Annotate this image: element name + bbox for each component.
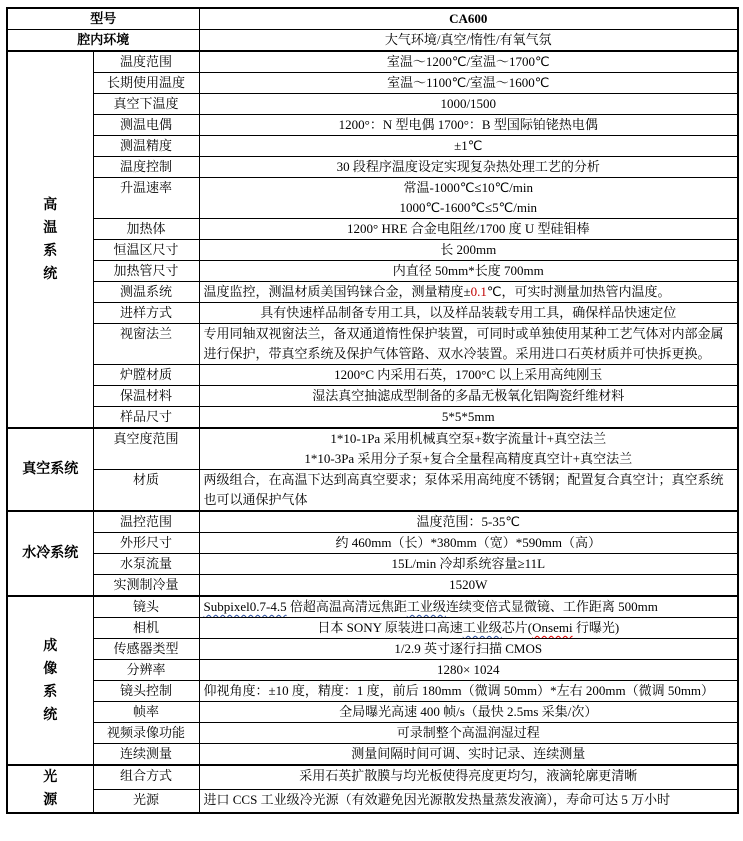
section-label-char: 高: [8, 194, 93, 217]
spec-value-cell: 1200° HRE 合金电阻丝/1700 度 U 型硅钼棒: [199, 219, 738, 240]
value-part: 行曝光): [573, 620, 620, 635]
table-row: 进样方式具有快速样品制备专用工具，以及样品装载专用工具，确保样品快速定位: [7, 303, 738, 324]
table-row: 水冷系统温控范围温度范围：5-35℃: [7, 511, 738, 533]
spec-value-cell: 1000/1500: [199, 94, 738, 115]
spec-value-cell: 1280× 1024: [199, 660, 738, 681]
spec-value-cell: 湿法真空抽滤成型制备的多晶无极氧化铝陶瓷纤维材料: [199, 386, 738, 407]
table-row: 相机日本 SONY 原装进口高速工业级芯片(Onsemi 行曝光): [7, 618, 738, 639]
table-row: 真空下温度1000/1500: [7, 94, 738, 115]
value-part: ℃，可实时测量加热管内温度。: [487, 284, 671, 299]
table-row: 外形尺寸约 460mm（长）*380mm（宽）*590mm（高）: [7, 533, 738, 554]
table-row: 恒温区尺寸长 200mm: [7, 240, 738, 261]
table-row: 材质两级组合，在高温下达到高真空要求；泵体采用高纯度不锈钢；配置复合真空计；真空…: [7, 470, 738, 512]
table-row: 炉膛材质1200°C 内采用石英，1700°C 以上采用高纯刚玉: [7, 365, 738, 386]
spec-value-cell: 室温～1200℃/室温～1700℃: [199, 51, 738, 73]
property-label-cell: 镜头控制: [93, 681, 199, 702]
table-row: 镜头控制仰视角度：±10 度，精度：1 度，前后 180mm（微调 50mm）*…: [7, 681, 738, 702]
property-label-cell: 测温系统: [93, 282, 199, 303]
value-part-blue: 工业级: [407, 599, 446, 614]
value-part: 倍超高温高清远焦距: [287, 599, 407, 614]
table-row: 高温系统温度范围室温～1200℃/室温～1700℃: [7, 51, 738, 73]
spec-value-cell: 1520W: [199, 575, 738, 597]
property-label-cell: 测温电偶: [93, 115, 199, 136]
spec-value-cell: 5*5*5mm: [199, 407, 738, 429]
table-row: 真空系统真空度范围1*10-1Pa 采用机械真空泵+数字流量计+真空法兰1*10…: [7, 428, 738, 470]
table-row: 保温材料湿法真空抽滤成型制备的多晶无极氧化铝陶瓷纤维材料: [7, 386, 738, 407]
table-row: 光源组合方式采用石英扩散膜与均光板使得亮度更均匀，液滴轮廓更清晰: [7, 765, 738, 789]
spec-value-cell: CA600: [199, 8, 738, 30]
property-label-cell: 炉膛材质: [93, 365, 199, 386]
section-label-char: 成: [8, 635, 93, 658]
value-line: 1000℃-1600℃≤5℃/min: [202, 198, 735, 218]
value-part: 芯片(: [502, 620, 532, 635]
table-row: 连续测量测量间隔时间可调、实时记录、连续测量: [7, 744, 738, 766]
property-label-cell: 分辨率: [93, 660, 199, 681]
value-part: 连续变倍式显微镜、工作距离 500mm: [446, 599, 658, 614]
property-label-cell: 材质: [93, 470, 199, 512]
property-label-cell: 水泵流量: [93, 554, 199, 575]
table-row: 光源进口 CCS 工业级冷光源（有效避免因光源散发热量蒸发液滴），寿命可达 5 …: [7, 789, 738, 813]
property-label-cell: 升温速率: [93, 178, 199, 219]
value-part: 日本 SONY 原装进口高速: [317, 620, 462, 635]
property-label-cell: 外形尺寸: [93, 533, 199, 554]
spec-value-cell: 两级组合，在高温下达到高真空要求；泵体采用高纯度不锈钢；配置复合真空计；真空系统…: [199, 470, 738, 512]
property-label-cell: 加热体: [93, 219, 199, 240]
spec-value-cell: 温度范围：5-35℃: [199, 511, 738, 533]
property-label-cell: 进样方式: [93, 303, 199, 324]
spec-value-cell: 长 200mm: [199, 240, 738, 261]
spec-value-cell: 15L/min 冷却系统容量≥11L: [199, 554, 738, 575]
spec-value-cell: 内直径 50mm*长度 700mm: [199, 261, 738, 282]
section-label-char: 统: [8, 704, 93, 727]
table-row: 加热体1200° HRE 合金电阻丝/1700 度 U 型硅钼棒: [7, 219, 738, 240]
property-label-cell: 保温材料: [93, 386, 199, 407]
section-label-cell: 水冷系统: [7, 511, 93, 596]
property-label-cell: 温度控制: [93, 157, 199, 178]
table-row: 水泵流量15L/min 冷却系统容量≥11L: [7, 554, 738, 575]
section-label-cell: 成像系统: [7, 596, 93, 765]
section-label-cell: 高温系统: [7, 51, 93, 428]
spec-value-cell: 1200°：N 型电偶 1700°：B 型国际铂铑热电偶: [199, 115, 738, 136]
spec-value-cell: 可录制整个高温润湿过程: [199, 723, 738, 744]
table-row: 升温速率常温-1000℃≤10℃/min1000℃-1600℃≤5℃/min: [7, 178, 738, 219]
property-label-cell: 真空度范围: [93, 428, 199, 470]
spec-value-cell: 仰视角度：±10 度，精度：1 度，前后 180mm（微调 50mm）*左右 2…: [199, 681, 738, 702]
section-label-char: 统: [8, 263, 93, 286]
value-line: 1*10-1Pa 采用机械真空泵+数字流量计+真空法兰: [202, 429, 735, 449]
table-row: 腔内环境大气环境/真空/惰性/有氧气氛: [7, 30, 738, 52]
table-row: 成像系统镜头Subpixel0.7-4.5 倍超高温高清远焦距工业级连续变倍式显…: [7, 596, 738, 618]
property-label-cell: 加热管尺寸: [93, 261, 199, 282]
value-part-blue: 工业级: [463, 620, 502, 635]
spec-value-cell: 温度监控，测温材质美国钨铼合金，测量精度±0.1℃，可实时测量加热管内温度。: [199, 282, 738, 303]
spec-value-cell: 测量间隔时间可调、实时记录、连续测量: [199, 744, 738, 766]
property-label-cell: 长期使用温度: [93, 73, 199, 94]
section-label-char: 光: [8, 766, 93, 789]
value-part-redtext: 0.1: [471, 284, 487, 299]
spec-value-cell: 30 段程序温度设定实现复杂热处理工艺的分析: [199, 157, 738, 178]
table-row: 帧率全局曝光高速 400 帧/s（最快 2.5ms 采集/次）: [7, 702, 738, 723]
table-row: 加热管尺寸内直径 50mm*长度 700mm: [7, 261, 738, 282]
spec-value-cell: 1/2.9 英寸逐行扫描 CMOS: [199, 639, 738, 660]
property-label-cell: 恒温区尺寸: [93, 240, 199, 261]
spec-value-cell: 大气环境/真空/惰性/有氧气氛: [199, 30, 738, 52]
value-part-blue: Subpixel0.7-4.5: [204, 599, 287, 614]
value-part-red: Onsemi: [532, 620, 572, 635]
header-label-cell: 腔内环境: [7, 30, 199, 52]
value-line: 1*10-3Pa 采用分子泵+复合全量程高精度真空计+真空法兰: [202, 449, 735, 469]
section-label-cell: 光源: [7, 765, 93, 813]
spec-value-cell: 约 460mm（长）*380mm（宽）*590mm（高）: [199, 533, 738, 554]
table-row: 分辨率1280× 1024: [7, 660, 738, 681]
table-row: 温度控制30 段程序温度设定实现复杂热处理工艺的分析: [7, 157, 738, 178]
property-label-cell: 真空下温度: [93, 94, 199, 115]
section-label-char: 系: [8, 681, 93, 704]
property-label-cell: 视频录像功能: [93, 723, 199, 744]
header-label-cell: 型号: [7, 8, 199, 30]
spec-value-cell: Subpixel0.7-4.5 倍超高温高清远焦距工业级连续变倍式显微镜、工作距…: [199, 596, 738, 618]
property-label-cell: 组合方式: [93, 765, 199, 789]
section-label-char: 系: [8, 240, 93, 263]
value-line: 常温-1000℃≤10℃/min: [202, 178, 735, 198]
table-row: 传感器类型1/2.9 英寸逐行扫描 CMOS: [7, 639, 738, 660]
section-label-char: 源: [8, 789, 93, 812]
spec-value-cell: 专用同轴双视窗法兰，备双通道惰性保护装置，可同时或单独使用某种工艺气体对内部金属…: [199, 324, 738, 365]
section-label-char: 像: [8, 658, 93, 681]
table-row: 长期使用温度室温～1100℃/室温～1600℃: [7, 73, 738, 94]
table-row: 测温电偶1200°：N 型电偶 1700°：B 型国际铂铑热电偶: [7, 115, 738, 136]
value-part: 温度监控，测温材质美国钨铼合金，测量精度±: [204, 284, 471, 299]
table-row: 实测制冷量1520W: [7, 575, 738, 597]
spec-table: 型号CA600腔内环境大气环境/真空/惰性/有氧气氛高温系统温度范围室温～120…: [6, 7, 739, 814]
spec-value-cell: 常温-1000℃≤10℃/min1000℃-1600℃≤5℃/min: [199, 178, 738, 219]
table-row: 型号CA600: [7, 8, 738, 30]
table-row: 样品尺寸5*5*5mm: [7, 407, 738, 429]
spec-value-cell: 具有快速样品制备专用工具，以及样品装载专用工具，确保样品快速定位: [199, 303, 738, 324]
table-row: 视窗法兰专用同轴双视窗法兰，备双通道惰性保护装置，可同时或单独使用某种工艺气体对…: [7, 324, 738, 365]
table-row: 视频录像功能可录制整个高温润湿过程: [7, 723, 738, 744]
table-row: 测温精度±1℃: [7, 136, 738, 157]
property-label-cell: 镜头: [93, 596, 199, 618]
property-label-cell: 连续测量: [93, 744, 199, 766]
spec-value-cell: 1*10-1Pa 采用机械真空泵+数字流量计+真空法兰1*10-3Pa 采用分子…: [199, 428, 738, 470]
spec-value-cell: 全局曝光高速 400 帧/s（最快 2.5ms 采集/次）: [199, 702, 738, 723]
property-label-cell: 传感器类型: [93, 639, 199, 660]
property-label-cell: 温控范围: [93, 511, 199, 533]
spec-value-cell: 进口 CCS 工业级冷光源（有效避免因光源散发热量蒸发液滴），寿命可达 5 万小…: [199, 789, 738, 813]
spec-value-cell: ±1℃: [199, 136, 738, 157]
property-label-cell: 温度范围: [93, 51, 199, 73]
property-label-cell: 光源: [93, 789, 199, 813]
property-label-cell: 测温精度: [93, 136, 199, 157]
property-label-cell: 相机: [93, 618, 199, 639]
section-label-cell: 真空系统: [7, 428, 93, 511]
spec-table-body: 型号CA600腔内环境大气环境/真空/惰性/有氧气氛高温系统温度范围室温～120…: [7, 8, 738, 813]
property-label-cell: 帧率: [93, 702, 199, 723]
property-label-cell: 样品尺寸: [93, 407, 199, 429]
section-label-char: 温: [8, 217, 93, 240]
spec-value-cell: 采用石英扩散膜与均光板使得亮度更均匀，液滴轮廓更清晰: [199, 765, 738, 789]
spec-document: 型号CA600腔内环境大气环境/真空/惰性/有氧气氛高温系统温度范围室温～120…: [0, 0, 743, 841]
table-row: 测温系统温度监控，测温材质美国钨铼合金，测量精度±0.1℃，可实时测量加热管内温…: [7, 282, 738, 303]
property-label-cell: 实测制冷量: [93, 575, 199, 597]
spec-value-cell: 日本 SONY 原装进口高速工业级芯片(Onsemi 行曝光): [199, 618, 738, 639]
property-label-cell: 视窗法兰: [93, 324, 199, 365]
spec-value-cell: 1200°C 内采用石英，1700°C 以上采用高纯刚玉: [199, 365, 738, 386]
spec-value-cell: 室温～1100℃/室温～1600℃: [199, 73, 738, 94]
